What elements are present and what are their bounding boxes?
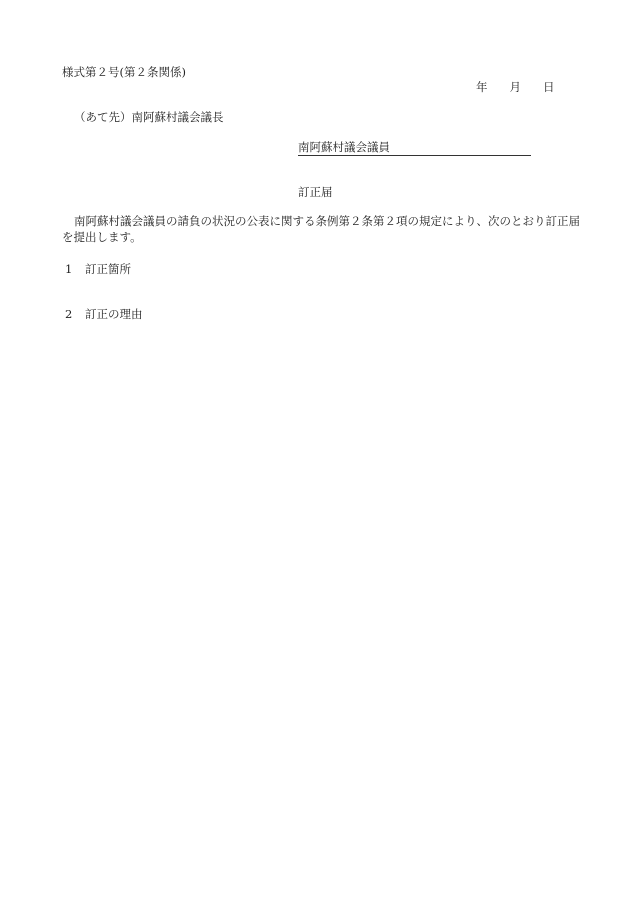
form-number: 様式第２号(第２条関係) bbox=[62, 65, 186, 79]
date-day: 日 bbox=[543, 80, 555, 94]
item-label: 訂正箇所 bbox=[85, 262, 131, 276]
date-year: 年 bbox=[476, 80, 488, 94]
item-correction-location: 1訂正箇所 bbox=[65, 262, 131, 276]
date-month: 月 bbox=[510, 80, 522, 94]
item-number: 1 bbox=[65, 262, 85, 276]
body-text: 南阿蘇村議会議員の請負の状況の公表に関する条例第２条第２項の規定により、次のとお… bbox=[62, 213, 580, 245]
member-label: 南阿蘇村議会議員 bbox=[298, 140, 390, 154]
addressee: （あて先）南阿蘇村議会議長 bbox=[74, 110, 224, 124]
item-number: 2 bbox=[65, 307, 85, 321]
member-name-field: 南阿蘇村議会議員 bbox=[298, 140, 531, 156]
item-label: 訂正の理由 bbox=[85, 307, 143, 321]
date-line: 年月日 bbox=[476, 80, 555, 94]
item-correction-reason: 2訂正の理由 bbox=[65, 307, 143, 321]
document-title: 訂正届 bbox=[298, 185, 333, 199]
